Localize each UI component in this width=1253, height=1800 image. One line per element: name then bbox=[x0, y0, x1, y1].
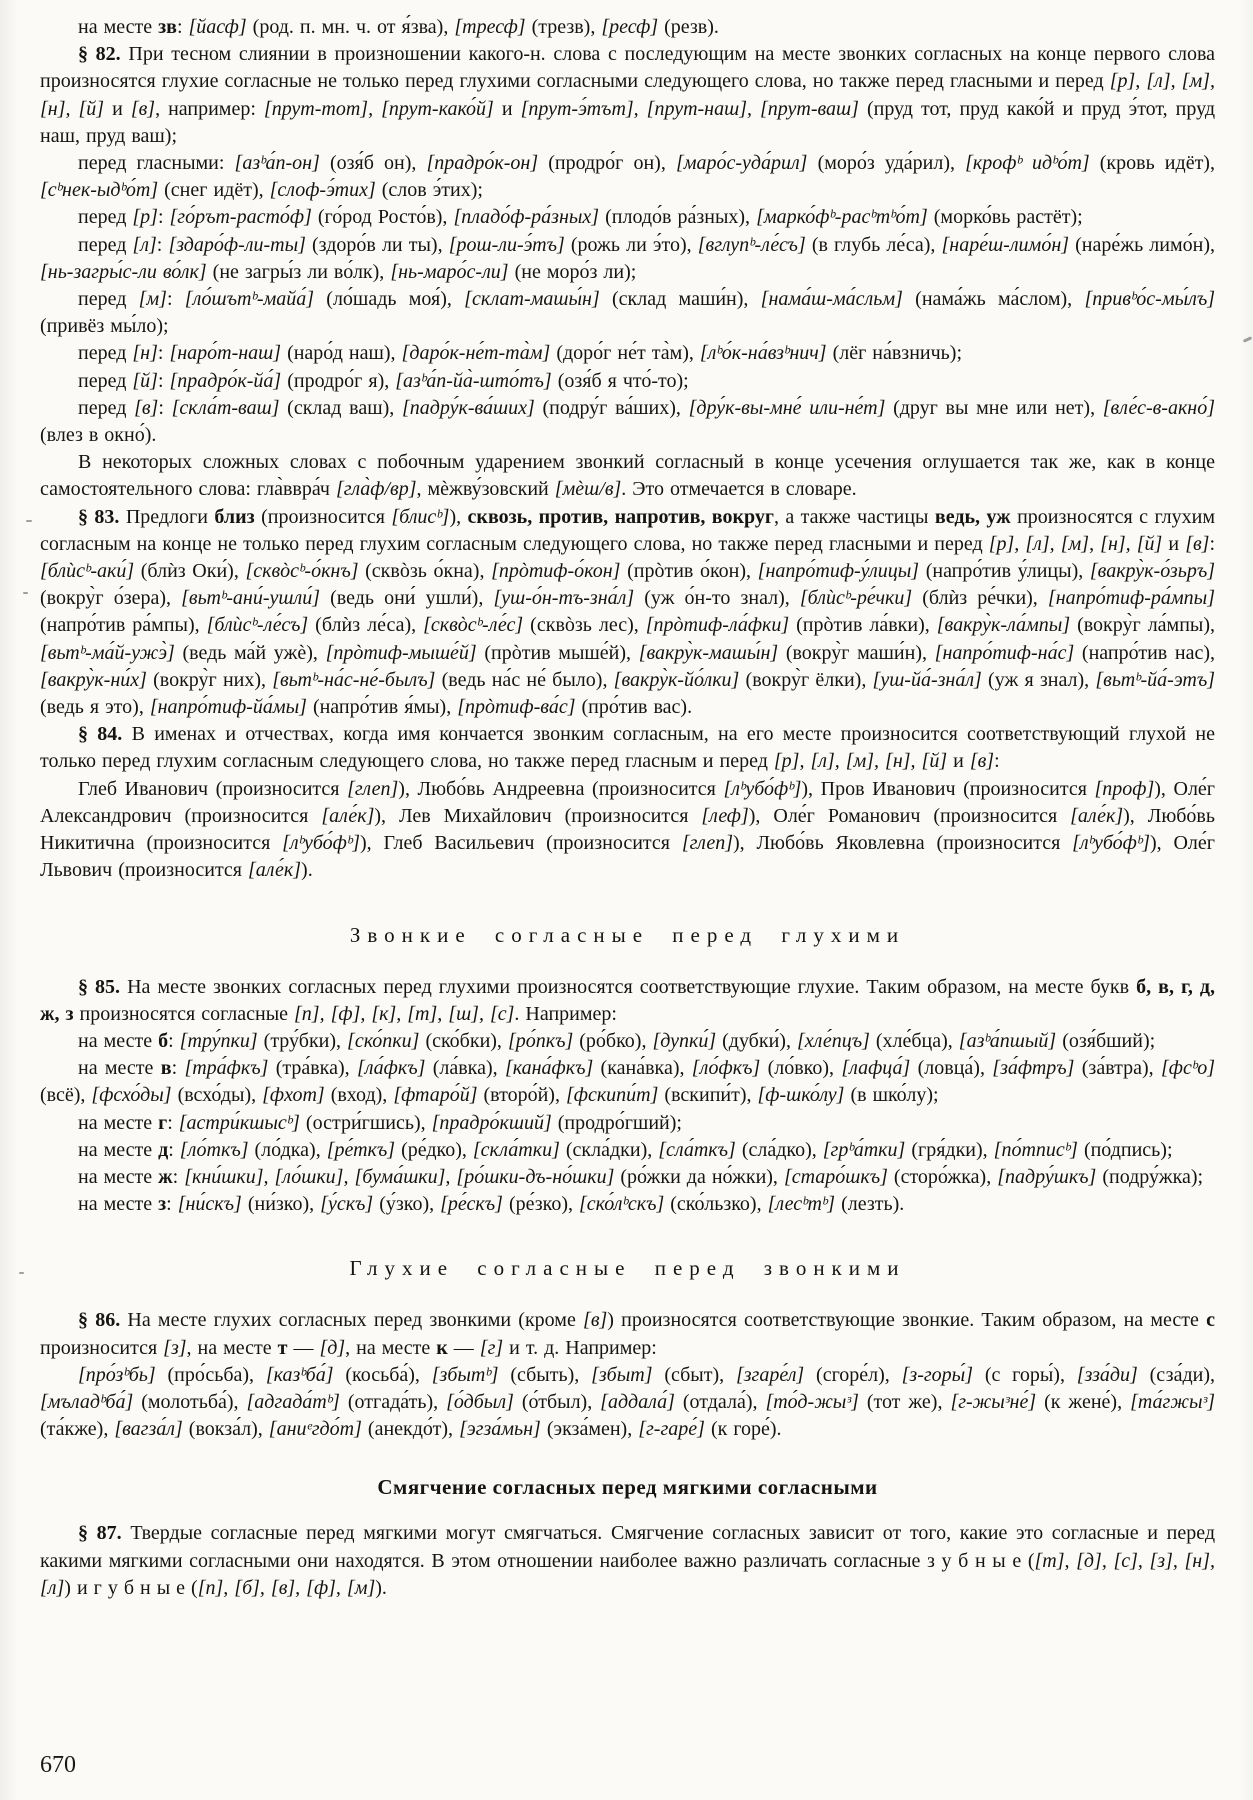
phonetic-transcription: [блѝсᵇ-ре́чки] bbox=[800, 587, 912, 609]
paragraph-place-zh: на месте ж: [кни́шки], [ло́шки], [бума́ш… bbox=[40, 1164, 1215, 1191]
phonetic-transcription: [прут-тот], [прут-како́й] bbox=[264, 98, 494, 120]
phonetic-transcription: [эгза́мьн] bbox=[459, 1418, 541, 1440]
text-run: (прòтив ла́вки), bbox=[789, 614, 937, 636]
text-run: (слов э́тих); bbox=[376, 179, 483, 201]
phonetic-transcription: [за́фтръ] bbox=[992, 1057, 1074, 1079]
text-run: (ведь ма́й ужѐ), bbox=[175, 642, 326, 664]
paragraph-83: § 83. Предлоги близ (произносится [блисᵇ… bbox=[40, 504, 1215, 722]
scan-artifact bbox=[19, 1272, 24, 1274]
text-run: (напро́тив нас), bbox=[1074, 642, 1215, 664]
phonetic-transcription: [зза́ди] bbox=[1077, 1364, 1138, 1386]
phonetic-transcription: [азᵇа́пшый] bbox=[959, 1030, 1056, 1052]
text-run: перед bbox=[78, 370, 132, 392]
text-run: (доро́г не́т та̀м), bbox=[550, 342, 700, 364]
text-run: ), bbox=[449, 506, 467, 528]
text-run: (моро́з уда́рил), bbox=[807, 152, 965, 174]
phonetic-transcription: [але́к] bbox=[1070, 805, 1123, 827]
text-run: : bbox=[172, 1057, 185, 1079]
text-run: — bbox=[448, 1337, 480, 1359]
phonetic-transcription: [ла́фкъ] bbox=[357, 1057, 425, 1079]
text-run: и bbox=[1162, 533, 1185, 555]
phonetic-transcription: [о́дбыл] bbox=[446, 1391, 514, 1413]
text-run: : bbox=[158, 206, 170, 228]
paragraph-place-d: на месте д: [ло́ткъ] (ло́дка), [ре́ткъ] … bbox=[40, 1137, 1215, 1164]
text-run: на месте bbox=[78, 1112, 158, 1134]
text-run: , например: bbox=[155, 98, 264, 120]
text-run: перед bbox=[78, 342, 132, 364]
text-run: — bbox=[287, 1337, 319, 1359]
bold-term: § 84. bbox=[78, 723, 122, 745]
text-run: (тра́вка), bbox=[268, 1057, 357, 1079]
phonetic-transcription: [прадро́кший] bbox=[432, 1112, 552, 1134]
text-run: (продро́г я), bbox=[281, 370, 395, 392]
text-run: (к горе́). bbox=[705, 1418, 782, 1440]
text-run: (ведь они́ ушли́), bbox=[320, 587, 493, 609]
text-run: (ло́дка), bbox=[249, 1139, 327, 1161]
text-run: (нама́жь ма́слом), bbox=[903, 288, 1085, 310]
paragraph-names: Глеб Иванович (произносится [глеп]), Люб… bbox=[40, 776, 1215, 885]
paragraph-85: § 85. На месте звонких согласных перед г… bbox=[40, 974, 1215, 1028]
text-run: (блѝз ре́чки), bbox=[912, 587, 1048, 609]
phonetic-transcription: [тресф] bbox=[454, 16, 525, 38]
text-run: (друг вы мне или нет), bbox=[885, 397, 1102, 419]
phonetic-transcription: [сла́ткъ] bbox=[658, 1139, 736, 1161]
phonetic-transcription: [напро́тиф-ра́мпы] bbox=[1048, 587, 1215, 609]
text-run: На месте глухих согласных перед звонкими… bbox=[120, 1309, 583, 1331]
text-run: (напро́тив я́мы), bbox=[307, 696, 457, 718]
text-run: (хле́бца), bbox=[870, 1030, 959, 1052]
text-run: и bbox=[104, 98, 131, 120]
text-run: (ловца́), bbox=[910, 1057, 992, 1079]
text-run: (ведь я это), bbox=[40, 696, 150, 718]
phonetic-transcription: [вакру̀к-машы́н] bbox=[639, 642, 778, 664]
phonetic-transcription: [наре́ш-лимо́н] bbox=[942, 234, 1070, 256]
text-run: (не загры́з ли во́лк), bbox=[207, 261, 391, 283]
phonetic-transcription: [та́гжыᵌ] bbox=[1130, 1391, 1215, 1413]
phonetic-transcription: [г] bbox=[480, 1337, 503, 1359]
phonetic-transcription: [з] bbox=[163, 1337, 186, 1359]
book-page: на месте зв: [йасф] (род. п. мн. ч. от я… bbox=[0, 0, 1253, 1800]
text-run: : bbox=[166, 1193, 178, 1215]
phonetic-transcription: [п], [б], [в], [ф], [м] bbox=[198, 1577, 376, 1599]
text-run: (отгада́ть), bbox=[340, 1391, 446, 1413]
phonetic-transcription: [в] bbox=[583, 1309, 607, 1331]
phonetic-transcription: [нама́ш-ма́сльм] bbox=[761, 288, 903, 310]
bold-term: ж bbox=[158, 1166, 173, 1188]
phonetic-transcription: [даро́к-не́т-та̀м] bbox=[402, 342, 551, 364]
phonetic-transcription: [прадро́к-он] bbox=[426, 152, 538, 174]
bold-term: г bbox=[158, 1112, 167, 1134]
phonetic-transcription: [глеп] bbox=[347, 778, 398, 800]
phonetic-transcription: [фтаро́й] bbox=[393, 1084, 477, 1106]
phonetic-transcription: [скла́тки] bbox=[473, 1139, 560, 1161]
text-run: (вокру̀г ёлки), bbox=[739, 669, 872, 691]
phonetic-transcription: [блисᵇ] bbox=[391, 506, 449, 528]
text-run: : bbox=[158, 397, 171, 419]
phonetic-transcription: [вакру̀к-йо́лки] bbox=[614, 669, 740, 691]
text-run: (та́кже), bbox=[40, 1418, 114, 1440]
phonetic-transcription: [дру́к-вы-мне́ или-не́т] bbox=[689, 397, 886, 419]
bold-term: § 87. bbox=[78, 1522, 122, 1544]
text-run: . Это отмечается в словаре. bbox=[621, 478, 856, 500]
phonetic-transcription: [збытᵇ] bbox=[432, 1364, 499, 1386]
scan-artifact bbox=[1243, 336, 1252, 343]
text-run: : bbox=[168, 1030, 180, 1052]
phonetic-transcription: [казᵇба́] bbox=[266, 1364, 334, 1386]
phonetic-transcription: [мѐш/в] bbox=[555, 478, 622, 500]
text-run: (сгоре́л), bbox=[804, 1364, 901, 1386]
heading-voiced-before-voiceless: Звонкие согласные перед глухими bbox=[40, 923, 1215, 948]
text-run: (вокру̀г маши́н), bbox=[778, 642, 935, 664]
bold-term: § 86. bbox=[78, 1309, 120, 1331]
bold-term: § 85. bbox=[78, 976, 120, 998]
text-run: (анекдо́т), bbox=[362, 1418, 459, 1440]
text-run: (привёз мы́ло); bbox=[40, 315, 169, 337]
bold-term: близ bbox=[214, 506, 254, 528]
text-run: на месте bbox=[78, 1193, 158, 1215]
text-run: (сла́дко), bbox=[736, 1139, 823, 1161]
phonetic-transcription: [згаре́л] bbox=[736, 1364, 804, 1386]
text-run: (тот же), bbox=[859, 1391, 951, 1413]
bold-term: § 82. bbox=[78, 43, 121, 65]
text-run: (подру́г ва́ших), bbox=[535, 397, 689, 419]
text-run: (продро́г он), bbox=[538, 152, 676, 174]
heading-softening: Смягчение согласных перед мягкими соглас… bbox=[40, 1475, 1215, 1500]
phonetic-transcription: [н] bbox=[132, 342, 158, 364]
text-run: , на месте bbox=[345, 1337, 436, 1359]
phonetic-transcription: [ре́ткъ] bbox=[327, 1139, 395, 1161]
text-run: (ло́вко), bbox=[760, 1057, 841, 1079]
bold-term: з bbox=[158, 1193, 166, 1215]
text-run: (всё), bbox=[40, 1084, 91, 1106]
phonetic-transcription: [по́тписᵇ] bbox=[994, 1139, 1078, 1161]
text-run: : bbox=[173, 1166, 185, 1188]
phonetic-transcription: [ре́скъ] bbox=[440, 1193, 503, 1215]
phonetic-transcription: [ско́пки] bbox=[347, 1030, 419, 1052]
text-run: (здоро́в ли ты), bbox=[306, 234, 449, 256]
text-run: ), Лев Михайлович (произносится bbox=[374, 805, 701, 827]
paragraph-before-r: перед [р]: [го́рът-расто́ф] (го́род Рост… bbox=[40, 204, 1215, 231]
phonetic-transcription: [в] bbox=[1185, 533, 1209, 555]
text-run: (склад маши́н), bbox=[600, 288, 761, 310]
text-run: (про́сьба), bbox=[156, 1364, 266, 1386]
phonetic-transcription: [пладо́ф-ра́зных] bbox=[453, 206, 599, 228]
scan-artifact bbox=[26, 520, 32, 522]
phonetic-transcription: [аниᵉгдо́т] bbox=[269, 1418, 362, 1440]
phonetic-transcription: [слоф-э́тих] bbox=[270, 179, 376, 201]
phonetic-transcription: [азᵇа́п-йа̀-што́тъ] bbox=[395, 370, 551, 392]
text-run: (блѝз ле́са), bbox=[308, 614, 423, 636]
phonetic-transcription: [кни́шки], [ло́шки], [бума́шки], [ро́шки… bbox=[184, 1166, 614, 1188]
text-run: (озя́б он), bbox=[320, 152, 427, 174]
phonetic-transcription: [м] bbox=[139, 288, 167, 310]
phonetic-transcription: [сᵇнек-ыдᵇо́т] bbox=[40, 179, 158, 201]
bold-term: т bbox=[278, 1337, 288, 1359]
text-run: (о́тбыл), bbox=[514, 1391, 600, 1413]
phonetic-transcription: [сквòсᵇ-ле́с] bbox=[423, 614, 523, 636]
text-run: на месте bbox=[78, 1057, 161, 1079]
phonetic-transcription: [астри́кшысᵇ] bbox=[179, 1112, 300, 1134]
text-run: (ни́зко), bbox=[242, 1193, 320, 1215]
text-run: (ско́льзко), bbox=[664, 1193, 767, 1215]
text-run: (скла́дки), bbox=[560, 1139, 658, 1161]
phonetic-transcription: [хле́пцъ] bbox=[797, 1030, 870, 1052]
phonetic-transcription: [азᵇа́п-он] bbox=[235, 152, 320, 174]
phonetic-transcription: [лᵇубо́фᵇ] bbox=[1072, 832, 1150, 854]
phonetic-transcription: [але́к] bbox=[321, 805, 374, 827]
text-run: и bbox=[494, 98, 521, 120]
phonetic-transcription: [л] bbox=[132, 234, 156, 256]
text-run: (гря́дки), bbox=[905, 1139, 993, 1161]
phonetic-transcription: [тра́фкъ] bbox=[184, 1057, 268, 1079]
phonetic-transcription: [про́зᵇбь] bbox=[78, 1364, 156, 1386]
text-run: (кана́вка), bbox=[593, 1057, 692, 1079]
bold-term: ведь, уж bbox=[935, 506, 1011, 528]
phonetic-transcription: [напро́тиф-у́лицы] bbox=[758, 560, 919, 582]
phonetic-transcription: [п], [ф], [к], [т], [ш], [с] bbox=[294, 1003, 514, 1025]
text-run: ), Любо́вь Яковлевна (произносится bbox=[733, 832, 1072, 854]
phonetic-transcription: [марко́фᵇ-расᵇтᵇо́т] bbox=[756, 206, 928, 228]
text-run: (ведь на́с не́ было), bbox=[435, 669, 613, 691]
text-run: , а также частицы bbox=[774, 506, 935, 528]
text-run: : bbox=[994, 750, 1000, 772]
text-run: ) произносятся соответствующие звонкие. … bbox=[607, 1309, 1206, 1331]
phonetic-transcription: [прòтиф-мыше́й] bbox=[326, 642, 477, 664]
text-run: , на месте bbox=[187, 1337, 278, 1359]
paragraph-86: § 86. На месте глухих согласных перед зв… bbox=[40, 1307, 1215, 1361]
text-run: (вскипи́т), bbox=[658, 1084, 757, 1106]
phonetic-transcription: [уш-о́н-тъ-зна́л] bbox=[493, 587, 634, 609]
phonetic-transcription: [йасф] bbox=[189, 16, 247, 38]
phonetic-transcription: [кана́фкъ] bbox=[505, 1057, 593, 1079]
text-run: (второ́й), bbox=[478, 1084, 566, 1106]
phonetic-transcription: [крофᵇ идᵇо́т] bbox=[965, 152, 1090, 174]
text-run: (косьба́), bbox=[334, 1364, 432, 1386]
phonetic-transcription: [вглупᵇ-ле́съ] bbox=[698, 234, 806, 256]
phonetic-transcription: [вьтᵇ-на́с-не́-былъ] bbox=[272, 669, 435, 691]
text-run: (вход), bbox=[325, 1084, 394, 1106]
scan-artifact bbox=[23, 592, 28, 594]
text-run: на месте bbox=[78, 1139, 158, 1161]
text-run: перед bbox=[78, 206, 132, 228]
paragraph-before-j: перед [й]: [прадро́к-йа́] (продро́г я), … bbox=[40, 368, 1215, 395]
text-run: ). bbox=[301, 859, 313, 881]
text-run: (наро́д наш), bbox=[281, 342, 401, 364]
phonetic-transcription: [прòтиф-ла́фки] bbox=[646, 614, 789, 636]
paragraph-before-vowels: перед гласными: [азᵇа́п-он] (озя́б он), … bbox=[40, 150, 1215, 204]
text-run: (озя́б я что́-то); bbox=[552, 370, 689, 392]
text-run: (сторо́жка), bbox=[888, 1166, 997, 1188]
text-run: (молотьба́), bbox=[133, 1391, 246, 1413]
text-run: (экза́мен), bbox=[541, 1418, 638, 1440]
text-run: : bbox=[167, 1112, 179, 1134]
phonetic-transcription: [р] bbox=[132, 206, 158, 228]
phonetic-transcription: [падру́шкъ] bbox=[997, 1166, 1096, 1188]
phonetic-transcription: [уш-йа́-зна́л] bbox=[873, 669, 982, 691]
phonetic-transcription: [гла̀ф/вр] bbox=[336, 478, 417, 500]
text-run: ), Пров Иванович (произносится bbox=[801, 778, 1094, 800]
text-run: : bbox=[1209, 533, 1215, 555]
text-run: В именах и отчествах, когда имя кончаетс… bbox=[40, 723, 1215, 772]
phonetic-transcription: [вьтᵇ-ма́й-ужэ̀] bbox=[40, 642, 175, 664]
bold-term: § 83. bbox=[78, 506, 119, 528]
phonetic-transcription: [го́рът-расто́ф] bbox=[170, 206, 312, 228]
phonetic-transcription: [ро́пкъ] bbox=[508, 1030, 573, 1052]
phonetic-transcription: [прòтиф-ва́с] bbox=[457, 696, 575, 718]
text-run: (дубки́), bbox=[716, 1030, 797, 1052]
text-run: ), Любо́вь Андреевна (произносится bbox=[398, 778, 723, 800]
text-run: (озя́бший); bbox=[1056, 1030, 1155, 1052]
text-run: (резв). bbox=[658, 16, 719, 38]
phonetic-transcription: [ло́ткъ] bbox=[180, 1139, 249, 1161]
text-run: (напро́тив ра́мпы), bbox=[40, 614, 207, 636]
phonetic-transcription: [напро́тиф-йа́мы] bbox=[150, 696, 307, 718]
text-run: (за́втра), bbox=[1074, 1057, 1161, 1079]
text-run: (ро́жки да но́жки), bbox=[614, 1166, 784, 1188]
phonetic-transcription: [глеп] bbox=[682, 832, 733, 854]
text-run: (ла́вка), bbox=[425, 1057, 505, 1079]
phonetic-transcription: [падру́к-ва́ших] bbox=[402, 397, 535, 419]
text-run: (отдала́), bbox=[675, 1391, 766, 1413]
text-run: (вокру̀г о́зера), bbox=[40, 587, 181, 609]
text-run: (подру́жка); bbox=[1096, 1166, 1203, 1188]
phonetic-transcription: [ско́лᵇскъ] bbox=[579, 1193, 664, 1215]
phonetic-transcription: [блѝсᵇ-ле́съ] bbox=[207, 614, 309, 636]
text-run: перед bbox=[78, 234, 132, 256]
paragraph-84: § 84. В именах и отчествах, когда имя ко… bbox=[40, 721, 1215, 775]
phonetic-transcription: [аддала́] bbox=[600, 1391, 675, 1413]
text-run: на месте bbox=[78, 16, 158, 38]
text-run: на месте bbox=[78, 1030, 158, 1052]
paragraph-place-b: на месте б: [тру́пки] (тру́бки), [ско́пк… bbox=[40, 1028, 1215, 1055]
text-run: (прòтив мыше́й), bbox=[477, 642, 639, 664]
phonetic-transcription: [напро́тиф-на́с] bbox=[935, 642, 1075, 664]
text-run: : bbox=[158, 342, 170, 364]
phonetic-transcription: [адгада́тᵇ] bbox=[246, 1391, 339, 1413]
paragraph-place-g: на месте г: [астри́кшысᵇ] (остри́гшись),… bbox=[40, 1110, 1215, 1137]
phonetic-transcription: [склат-машы́н] bbox=[464, 288, 600, 310]
text-run: (к жене́), bbox=[1036, 1391, 1130, 1413]
paragraph-before-m: перед [м]: [ло́шътᵇ-майа́] (ло́шадь моя́… bbox=[40, 286, 1215, 340]
text-run: (сбыть), bbox=[499, 1364, 592, 1386]
text-run: (в глубь ле́са), bbox=[806, 234, 942, 256]
paragraph-compound-words: В некоторых сложных словах с побочным уд… bbox=[40, 449, 1215, 503]
text-run: на месте bbox=[78, 1166, 158, 1188]
phonetic-transcription: [нь-загры́с-ли во́лк] bbox=[40, 261, 207, 283]
phonetic-transcription: [ф-шко́лу] bbox=[758, 1084, 845, 1106]
phonetic-transcription: [але́к] bbox=[248, 859, 301, 881]
phonetic-transcription: [у́скъ] bbox=[320, 1193, 373, 1215]
phonetic-transcription: [ло́фкъ] bbox=[692, 1057, 760, 1079]
bold-term: с bbox=[1206, 1309, 1215, 1331]
text-run: (по́дпись); bbox=[1078, 1139, 1173, 1161]
text-run: (ре́зко), bbox=[503, 1193, 579, 1215]
phonetic-transcription: [вакру̀к-о́зьръ] bbox=[1090, 560, 1215, 582]
text-run: На месте звонких согласных перед глухими… bbox=[120, 976, 1136, 998]
phonetic-transcription: [нь-маро́с-ли] bbox=[390, 261, 508, 283]
phonetic-transcription: [маро́с-уда́рил] bbox=[676, 152, 808, 174]
text-run: (ско́бки), bbox=[419, 1030, 508, 1052]
text-run: (всхо́ды), bbox=[172, 1084, 263, 1106]
paragraph-82: § 82. При тесном слиянии в произношении … bbox=[40, 41, 1215, 150]
text-run: и bbox=[947, 750, 970, 772]
text-run: (про́тив вас). bbox=[576, 696, 693, 718]
text-run: (склад ваш), bbox=[279, 397, 401, 419]
text-run: ), Глеб Васильевич (произносится bbox=[360, 832, 682, 854]
text-run: ) и г у б н ы е ( bbox=[64, 1577, 197, 1599]
phonetic-transcription: [р], [л], [м], [н], [й] bbox=[774, 750, 947, 772]
text-run: и т. д. Например: bbox=[503, 1337, 657, 1359]
phonetic-transcription: [фскипи́т] bbox=[566, 1084, 658, 1106]
text-run: (го́род Росто́в), bbox=[312, 206, 454, 228]
text-run: ). bbox=[375, 1577, 387, 1599]
phonetic-transcription: [рош-ли-э́тъ] bbox=[449, 234, 565, 256]
text-run: (сквòзь лес), bbox=[523, 614, 646, 636]
phonetic-transcription: [д] bbox=[319, 1337, 345, 1359]
phonetic-transcription: [прут-э́тът], [прут-наш], [прут-ваш] bbox=[521, 98, 859, 120]
text-run: (сбыт), bbox=[653, 1364, 736, 1386]
bold-term: зв bbox=[158, 16, 177, 38]
bold-term: сквозь, против, напротив, вокруг bbox=[468, 506, 774, 528]
phonetic-transcription: [лᵇо́к-на́взᵇнич] bbox=[700, 342, 827, 364]
text-run: (тру́бки), bbox=[258, 1030, 347, 1052]
text-run: перед bbox=[78, 288, 139, 310]
text-run: произносятся согласные bbox=[74, 1003, 294, 1025]
phonetic-transcription: [вакру̀к-ла́мпы] bbox=[937, 614, 1070, 636]
text-run: (ре́дко), bbox=[395, 1139, 473, 1161]
phonetic-transcription: [ресф] bbox=[601, 16, 658, 38]
phonetic-transcription: [фсᵇо] bbox=[1161, 1057, 1215, 1079]
phonetic-transcription: [лᵇубо́фᵇ] bbox=[723, 778, 801, 800]
phonetic-transcription: [вьтᵇ-ани́-ушли́] bbox=[181, 587, 320, 609]
text-run: Глеб Иванович (произносится bbox=[78, 778, 347, 800]
text-run: При тесном слиянии в произношении какого… bbox=[40, 43, 1215, 92]
paragraph-before-l: перед [л]: [здаро́ф-ли-ты] (здоро́в ли т… bbox=[40, 232, 1215, 286]
text-run: (лёг на́взничь); bbox=[827, 342, 962, 364]
phonetic-transcription: [прадро́к-йа́] bbox=[170, 370, 282, 392]
phonetic-transcription: [г-жыᵌне́] bbox=[950, 1391, 1036, 1413]
text-run: перед гласными: bbox=[78, 152, 235, 174]
phonetic-transcription: [вакру̀к-ни́х] bbox=[40, 669, 147, 691]
phonetic-transcription: [вле́с-в-акно́] bbox=[1103, 397, 1215, 419]
phonetic-transcription: [лесᵇтᵇ] bbox=[768, 1193, 835, 1215]
bold-term: в bbox=[161, 1057, 172, 1079]
phonetic-transcription: [сквòсᵇ-о́кнъ] bbox=[245, 560, 358, 582]
text-run: (род. п. мн. ч. от я́зва), bbox=[247, 16, 455, 38]
phonetic-transcription: [блѝсᵇ-аки́] bbox=[40, 560, 134, 582]
page-number: 670 bbox=[40, 1752, 76, 1779]
phonetic-transcription: [дупки́] bbox=[652, 1030, 716, 1052]
paragraph-place-z: на месте з: [ни́скъ] (ни́зко), [у́скъ] (… bbox=[40, 1191, 1215, 1218]
phonetic-transcription: [мъладᵇба́] bbox=[40, 1391, 133, 1413]
text-run: : bbox=[157, 234, 169, 256]
text-run: (с горы́), bbox=[973, 1364, 1077, 1386]
text-run: : bbox=[177, 16, 189, 38]
text-run: (влез в окно́). bbox=[40, 424, 156, 446]
text-run: (лезть). bbox=[835, 1193, 904, 1215]
text-run: : bbox=[168, 1139, 180, 1161]
paragraph-87: § 87. Твердые согласные перед мягкими мо… bbox=[40, 1520, 1215, 1602]
phonetic-transcription: [з-горы́] bbox=[902, 1364, 973, 1386]
phonetic-transcription: [в] bbox=[970, 750, 994, 772]
text-run: (уж я знал), bbox=[982, 669, 1096, 691]
text-run: , мѐжву́зовский bbox=[417, 478, 555, 500]
paragraph-86-examples: [про́зᵇбь] (про́сьба), [казᵇба́] (косьба… bbox=[40, 1362, 1215, 1444]
text-run: произносится bbox=[40, 1337, 163, 1359]
phonetic-transcription: [й] bbox=[132, 370, 158, 392]
phonetic-transcription: [вьтᵇ-йа́-этъ] bbox=[1095, 669, 1215, 691]
text-run: (сквòзь о́кна), bbox=[359, 560, 492, 582]
